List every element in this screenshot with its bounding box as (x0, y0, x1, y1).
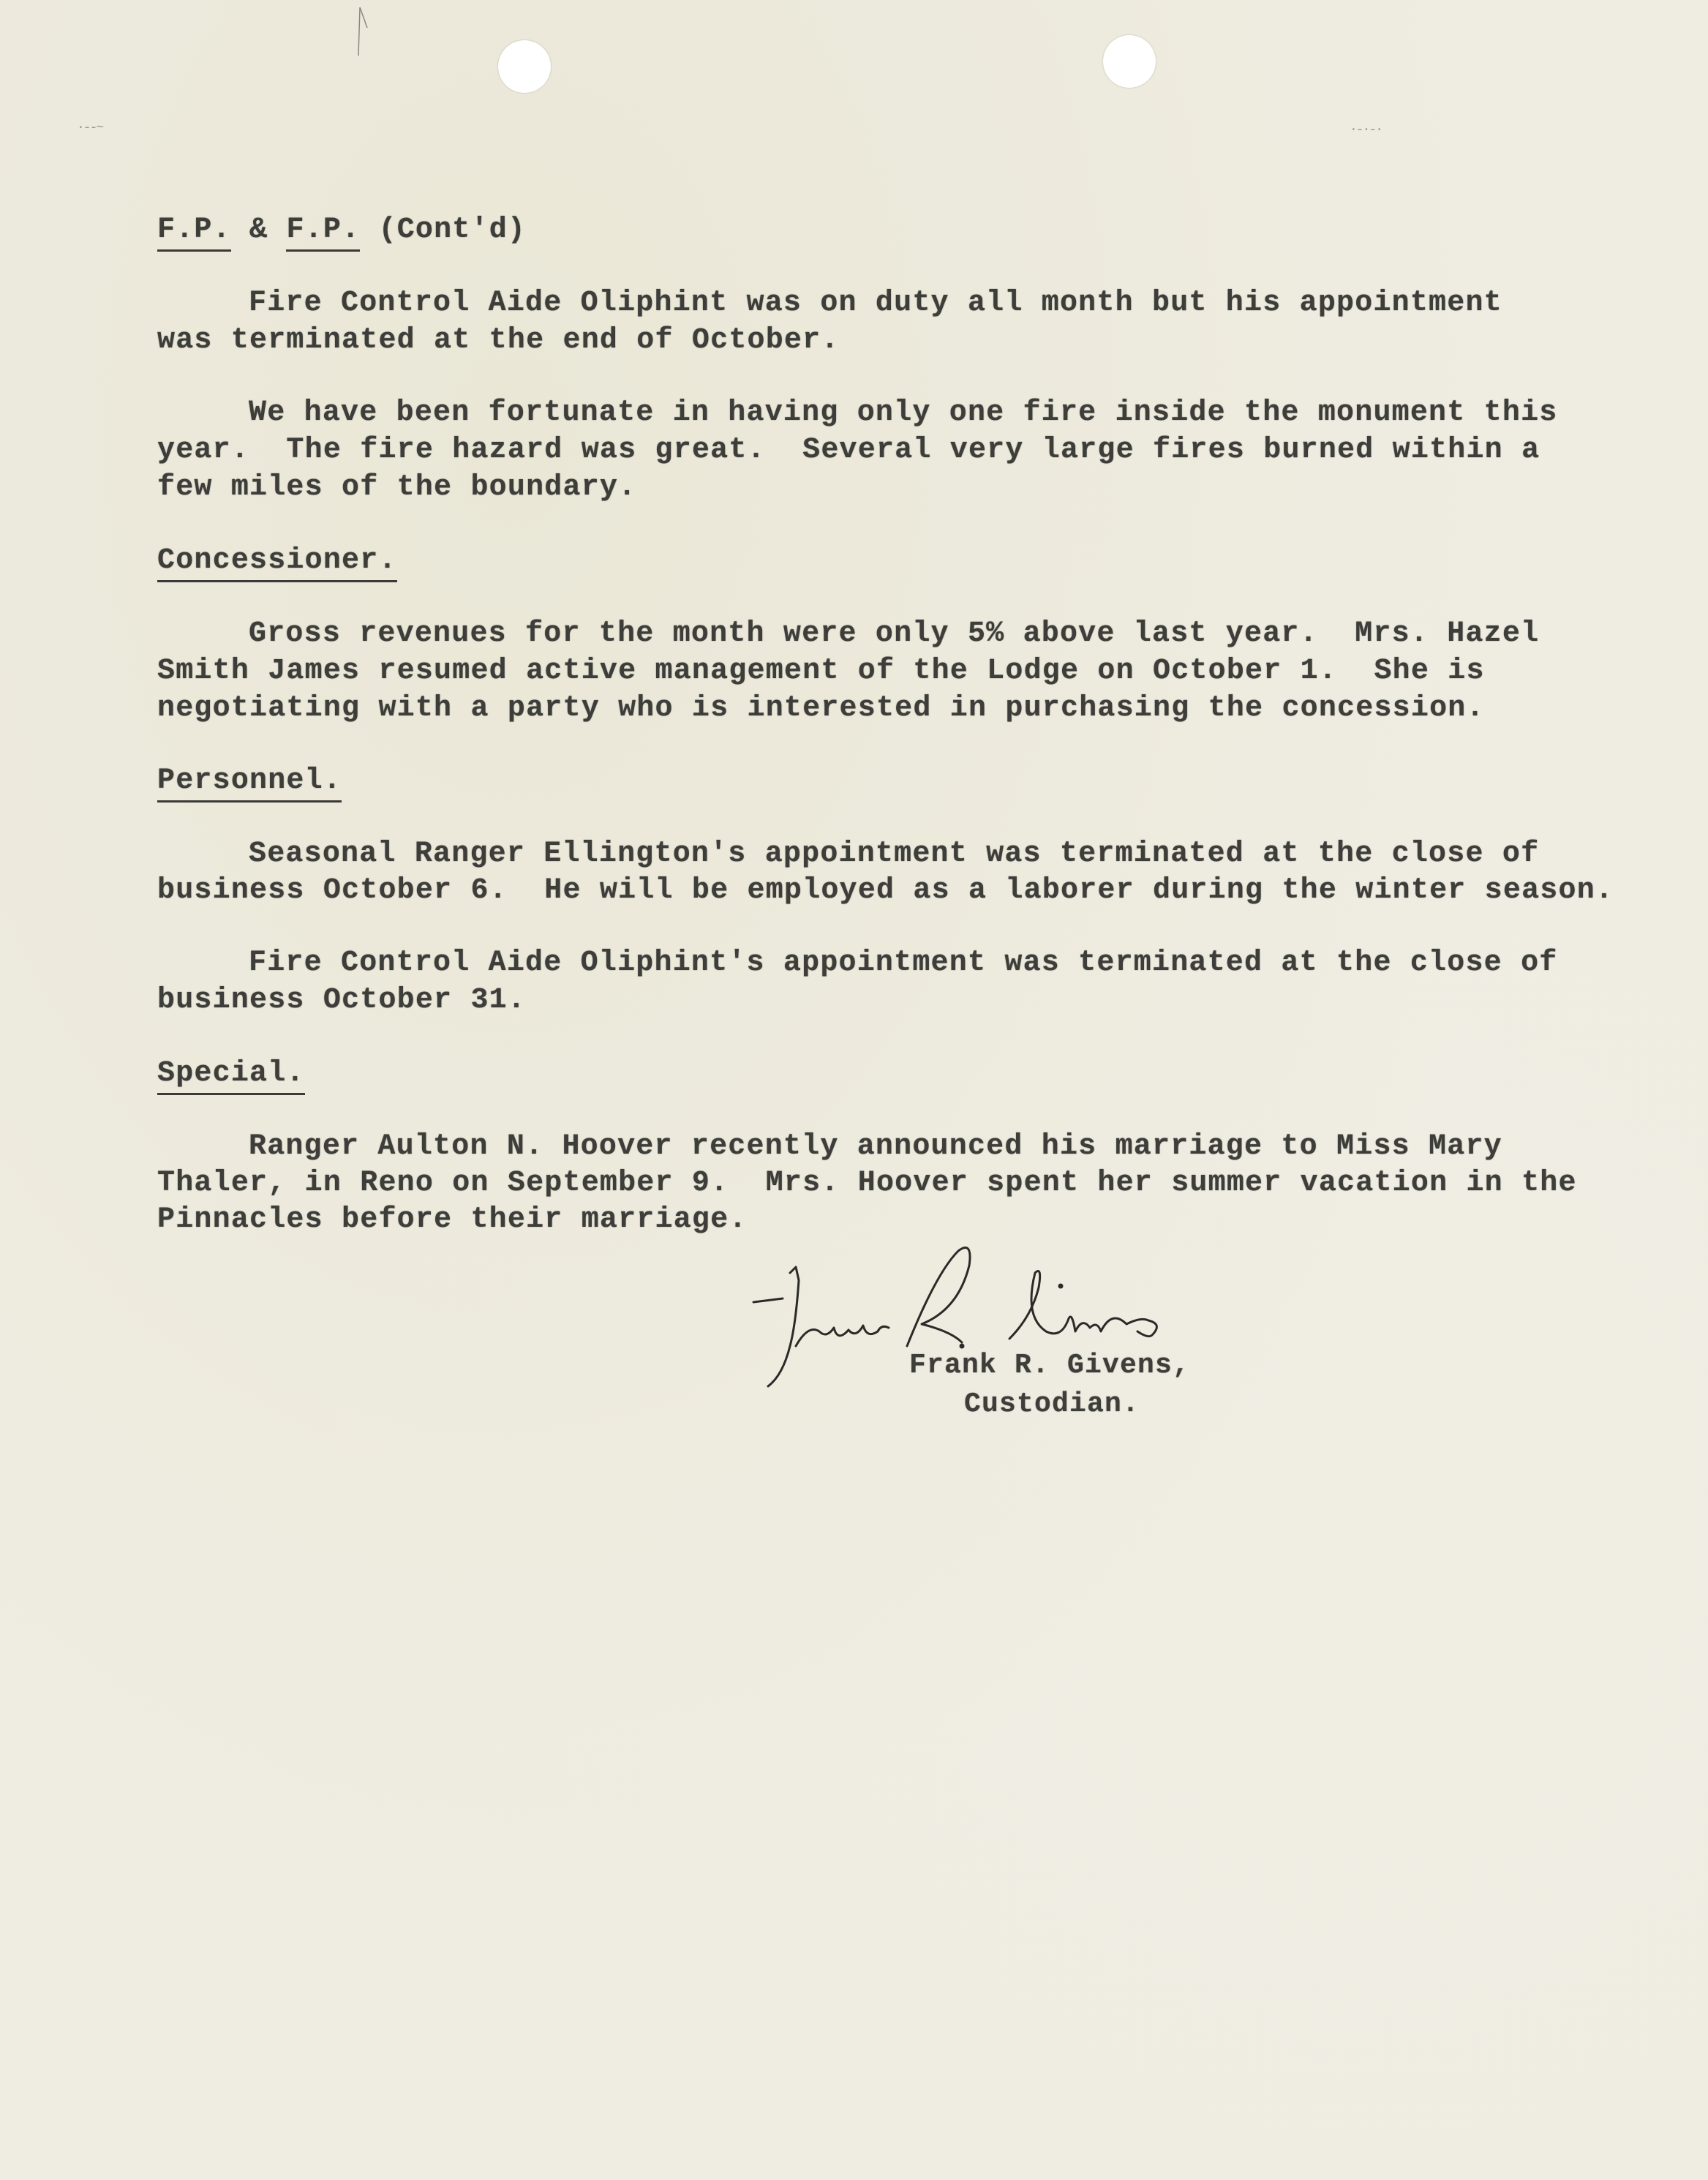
heading-ampersand: & (231, 214, 287, 247)
paragraph-line: Pinnacles before their marriage. (157, 1202, 748, 1239)
paragraph-line: negotiating with a party who is interest… (157, 691, 1485, 727)
paragraph-line: Smith James resumed active management of… (157, 653, 1485, 690)
paragraph-line: business October 6. He will be employed … (157, 873, 1614, 909)
punch-hole-left (498, 40, 551, 93)
heading-fp-1: F.P. (157, 214, 231, 252)
paragraph-line: Fire Control Aide Oliphint was on duty a… (249, 285, 1502, 322)
paragraph-line: was terminated at the end of October. (157, 323, 840, 359)
paragraph-line: We have been fortunate in having only on… (249, 395, 1557, 432)
paragraph-line: year. The fire hazard was great. Several… (157, 432, 1540, 469)
pencil-mark-icon (350, 6, 372, 57)
paragraph-line: Seasonal Ranger Ellington's appointment … (249, 836, 1539, 873)
section-heading-fp: F.P. & F.P. (Cont'd) (157, 212, 526, 249)
section-heading-concessioner: Concessioner. (157, 543, 397, 579)
punch-hole-right (1103, 35, 1156, 88)
heading-text: Concessioner. (157, 544, 397, 582)
heading-contd: (Cont'd) (360, 214, 526, 247)
heading-text: Personnel. (157, 764, 342, 803)
paragraph-line: Fire Control Aide Oliphint's appointment… (249, 945, 1557, 982)
paper-blemish: ·-·-· (1350, 123, 1382, 138)
heading-text: Special. (157, 1057, 305, 1095)
paragraph-line: Thaler, in Reno on September 9. Mrs. Hoo… (157, 1165, 1577, 1202)
paragraph-line: business October 31. (157, 982, 526, 1019)
heading-fp-2: F.P. (286, 214, 360, 252)
signatory-title: Custodian. (964, 1388, 1140, 1420)
signatory-name: Frank R. Givens, (909, 1350, 1190, 1381)
paragraph-line: few miles of the boundary. (157, 470, 636, 506)
paragraph-line: Ranger Aulton N. Hoover recently announc… (249, 1129, 1502, 1165)
section-heading-special: Special. (157, 1056, 305, 1092)
paragraph-line: Gross revenues for the month were only 5… (249, 616, 1539, 653)
section-heading-personnel: Personnel. (157, 763, 342, 800)
paper-blemish: ·--~ (77, 121, 102, 135)
